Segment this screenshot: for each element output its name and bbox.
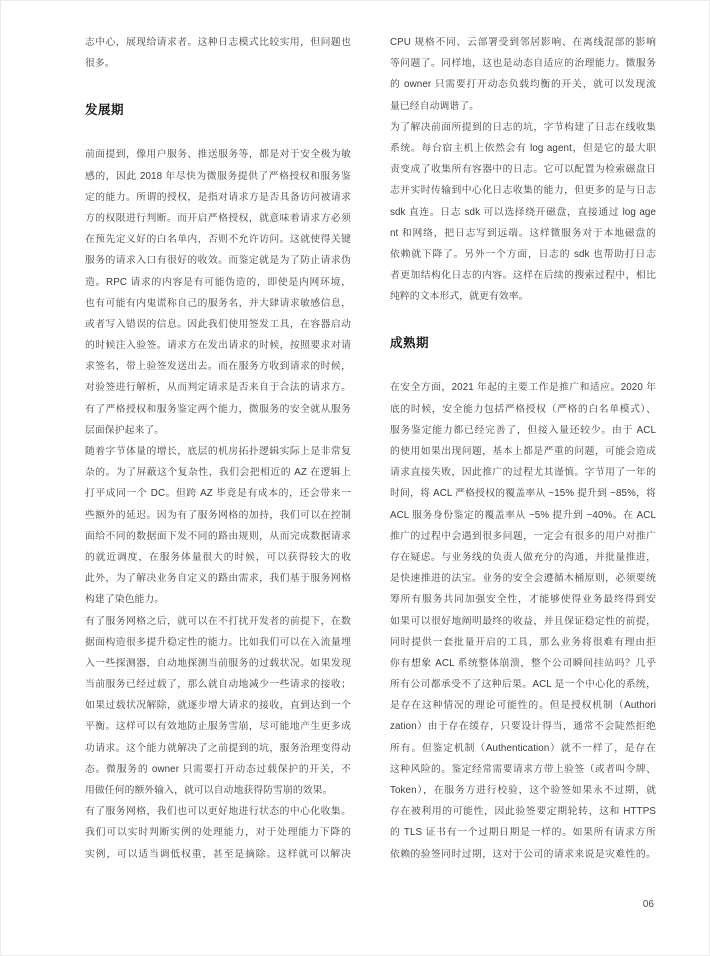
text-line: 存在疑虑。与业务线的负责人做充分的沟通，并批量推进，: [390, 547, 656, 568]
text-line: 我们可以实时判断实例的处理能力，对于处理能力下降的: [85, 822, 351, 843]
text-line: 在预先定义好的白名单内，否则不允许访问。这就使得关键: [85, 229, 351, 250]
text-line: 方的权限进行判断。而开启严格授权，就意味着请求方必须: [85, 208, 351, 229]
text-line: 前面提到，像用户服务、推送服务等，都是对于安全极为敏: [85, 144, 351, 165]
text-line: 请求直接失败，因此推广的过程尤其谨慎。字节用了一年的: [390, 462, 656, 483]
text-column-right: CPU 规格不同、云部署受到邻居影响、在离线混部的影响等问题了。同样地，这也是动…: [390, 32, 656, 865]
text-line: 定的能力。所谓的授权，是指对请求方是否具备访问被请求: [85, 187, 351, 208]
text-line: 杂的。为了屏蔽这个复杂性，我们会把相近的 AZ 在逻辑上: [85, 462, 351, 483]
text-line: 服务的请求入口有很好的收效。而鉴定就是为了防止请求伪: [85, 250, 351, 271]
text-line: 责变成了收集所有容器中的日志。它可以配置为检索磁盘日: [390, 159, 656, 180]
text-line: 底的时候，安全能力包括严格授权（严格的白名单模式）、: [390, 399, 656, 420]
text-line: 入一些探测器，自动地探测当前服务的过载状况。如果发现: [85, 653, 351, 674]
text-line: 有了服务网格之后，就可以在不打扰开发者的前提下，在数: [85, 611, 351, 632]
text-line: 时间，将 ACL 严格授权的覆盖率从 ~15% 提升到 ~85%，将: [390, 483, 656, 504]
text-line: CPU 规格不同、云部署受到邻居影响、在离线混部的影响: [390, 32, 656, 53]
text-line: 如果过载状况解除，就逐步增大请求的接收，直到达到一个: [85, 695, 351, 716]
text-line: 求签名，带上验签发送出去。而在服务方收到请求的时候，: [85, 356, 351, 377]
text-line: sdk 直连。日志 sdk 可以选择绕开磁盘，直接通过 log age: [390, 202, 656, 223]
text-line: 或者写入错误的信息。因此我们使用签发工具，在容器启动: [85, 314, 351, 335]
text-line: 是快速推进的法宝。业务的安全会遵循木桶原则，必须要统: [390, 568, 656, 589]
text-line: 随着字节体量的增长，底层的机房拓扑逻辑实际上是非常复: [85, 441, 351, 462]
text-line: 依赖的验签同时过期，这对于公司的请求来说是灾难性的。: [390, 844, 656, 865]
text-line: 的使用如果出现问题，基本上都是严重的问题，可能会造成: [390, 441, 656, 462]
text-line: 构建了染色能力。: [85, 589, 351, 610]
text-line: 态。微服务的 owner 只需要打开动态过载保护的开关，不: [85, 759, 351, 780]
text-line: 筹所有服务共同加强安全性，才能够使得业务最终得到安全。: [390, 589, 656, 610]
text-line: 的 owner 只需要打开动态负载均衡的开关，就可以发现流: [390, 74, 656, 95]
text-line: 功请求。这个能力就解决了之前提到的坑，服务治理变得动: [85, 738, 351, 759]
text-line: 造。RPC 请求的内容是有可能伪造的，即使是内网环境，: [85, 272, 351, 293]
text-line: 系统。每台宿主机上依然会有 log agent，但是它的最大职: [390, 138, 656, 159]
text-line: 量已经自动调谐了。: [390, 96, 656, 117]
text-line: 实例，可以适当调低权重，甚至是摘除。这样就可以解决: [85, 844, 351, 865]
text-line: 用做任何的额外输入，就可以自动地获得防雪崩的效果。: [85, 780, 351, 801]
text-line: 推广的过程中会遇到很多问题，一定会有很多的用户对推广: [390, 526, 656, 547]
page-number: 06: [643, 899, 654, 910]
text-line: 感的，因此 2018 年尽快为微服务提供了严格授权和服务鉴: [85, 166, 351, 187]
document-page: 志中心，展现给请求者。这种日志模式比较实用，但问题也很多。发展期前面提到，像用户…: [0, 0, 710, 956]
text-line: 服务鉴定能力都已经完善了，但接入量还较少。由于 ACL: [390, 420, 656, 441]
text-line: 对验签进行解析，从而判定请求是否来自于合法的请求方。: [85, 377, 351, 398]
text-line: 有了服务网格，我们也可以更好地进行状态的中心化收集。: [85, 801, 351, 822]
text-line: 志中心，展现给请求者。这种日志模式比较实用，但问题也: [85, 32, 351, 53]
text-line: Token），在服务方进行校验，这个验签如果永不过期，就: [390, 780, 656, 801]
text-line: 的就近调度，在服务体量很大的时候，可以获得较大的收益。: [85, 547, 351, 568]
text-line: 有了严格授权和服务鉴定两个能力，微服务的安全就从服务: [85, 399, 351, 420]
text-column-left: 志中心，展现给请求者。这种日志模式比较实用，但问题也很多。发展期前面提到，像用户…: [85, 32, 351, 865]
text-line: 也有可能有内鬼谎称自己的服务名，并大肆请求敏感信息，: [85, 293, 351, 314]
text-line: 所有。但鉴定机制（Authentication）就不一样了，是存在: [390, 738, 656, 759]
text-line: 纯粹的文本形式，就更有效率。: [390, 286, 656, 307]
text-line: 当前服务已经过载了，那么就自动地减少一些请求的接收；: [85, 674, 351, 695]
text-line: 的时候注入验签。请求方在发出请求的时候，按照要求对请: [85, 335, 351, 356]
text-line: 层面保护起来了。: [85, 420, 351, 441]
text-line: nt 和网络，把日志写到远端。这样微服务对于本地磁盘的: [390, 223, 656, 244]
section-heading: 成熟期: [390, 333, 656, 353]
text-line: ACL 服务身份鉴定的覆盖率从 ~5% 提升到 ~40%。在 ACL: [390, 505, 656, 526]
text-line: 打平成同一个 DC。但跨 AZ 毕竟是有成本的，还会带来一: [85, 483, 351, 504]
text-line: 你有想象 ACL 系统整体崩溃，整个公司瞬间挂站吗？几乎: [390, 653, 656, 674]
text-line: zation）由于存在缓存，只要设计得当，通常不会陡然拒绝: [390, 716, 656, 737]
text-line: 平衡。这样可以有效地防止服务雪崩，尽可能地产生更多成: [85, 716, 351, 737]
text-line: 面给不同的数据面下发不同的路由规则，从而完成数据请求: [85, 526, 351, 547]
text-line: 存在被利用的可能性，因此验签要定期轮转，这和 HTTPS: [390, 801, 656, 822]
text-line: 同时提供一套批量开启的工具，那么业务将很难有理由拒绝。: [390, 632, 656, 653]
text-line: 如果可以很好地阐明最终的收益，并且保证稳定性的前提，: [390, 611, 656, 632]
text-line: 这种风险的。鉴定经常需要请求方带上验签（或者叫令牌、: [390, 759, 656, 780]
text-line: 等问题了。同样地，这也是动态自适应的治理能力。微服务: [390, 53, 656, 74]
text-line: 据面构造很多提升稳定性的能力。比如我们可以在入流量埋: [85, 632, 351, 653]
text-line: 很多。: [85, 53, 351, 74]
text-line: 为了解决前面所提到的日志的坑，字节构建了日志在线收集: [390, 117, 656, 138]
text-line: 些额外的延迟。因为有了服务网格的加持，我们可以在控制: [85, 505, 351, 526]
section-heading: 发展期: [85, 100, 351, 120]
page-content: 志中心，展现给请求者。这种日志模式比较实用，但问题也很多。发展期前面提到，像用户…: [85, 32, 656, 865]
text-line: 在安全方面，2021 年起的主要工作是推广和适应。2020 年: [390, 377, 656, 398]
text-line: 的 TLS 证书有一个过期日期是一样的。如果所有请求方所: [390, 822, 656, 843]
text-line: 依赖就下降了。另外一个方面，日志的 sdk 也帮助打日志: [390, 244, 656, 265]
text-line: 者更加结构化日志的内容。这样在后续的搜索过程中，相比: [390, 265, 656, 286]
text-line: 是存在这种情况的理论可能性的。但是授权机制（Authori: [390, 695, 656, 716]
text-line: 志并实时传输到中心化日志收集的能力，但更多的是与日志: [390, 180, 656, 201]
text-line: 此外，为了解决业务自定义的路由需求，我们基于服务网格: [85, 568, 351, 589]
text-line: 所有公司都承受不了这种后果。ACL 是一个中心化的系统，: [390, 674, 656, 695]
